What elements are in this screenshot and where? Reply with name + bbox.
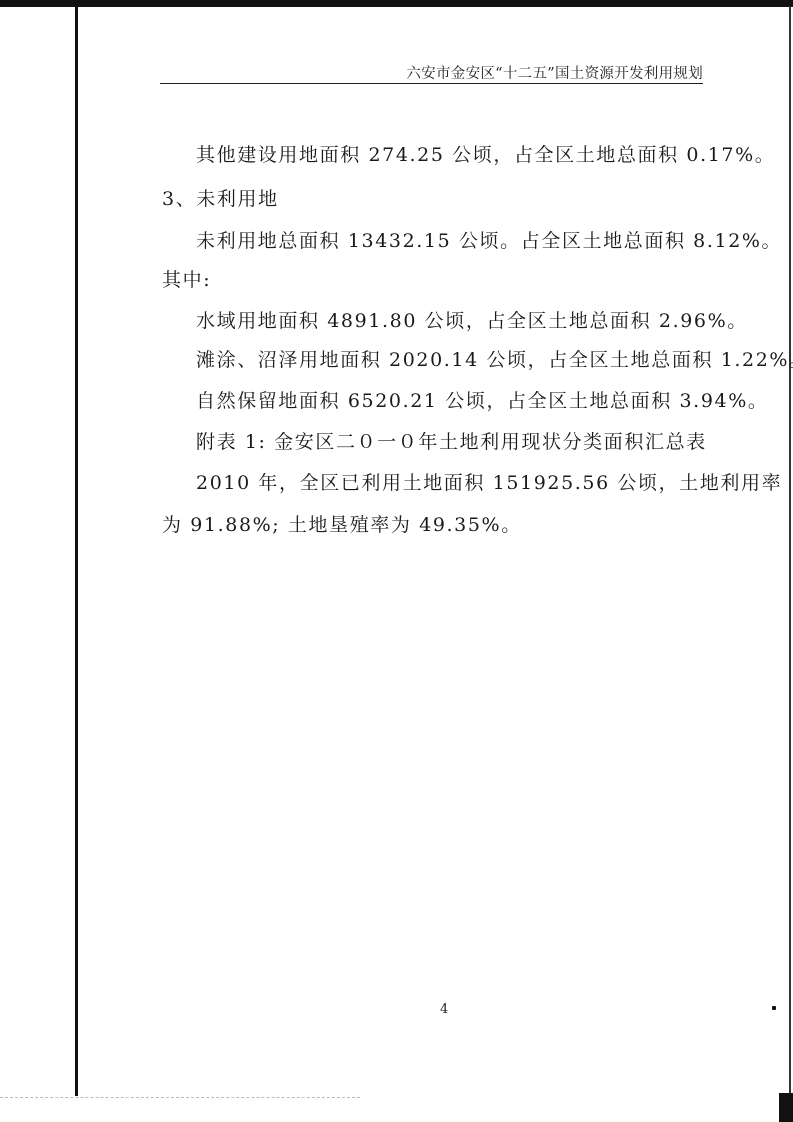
paragraph-tidal-marsh: 滩涂、沼泽用地面积 2020.14 公顷，占全区土地总面积 1.22%。 bbox=[196, 345, 793, 372]
paragraph-unused-land-total: 未利用地总面积 13432.15 公顷。占全区土地总面积 8.12%。 bbox=[196, 226, 782, 253]
scan-noise-bottom bbox=[0, 1097, 360, 1099]
paragraph-utilized-land: 2010 年，全区已利用土地面积 151925.56 公顷，土地利用率 bbox=[196, 468, 782, 495]
scan-speck bbox=[772, 1006, 776, 1010]
paragraph-water-area: 水域用地面积 4891.80 公顷，占全区土地总面积 2.96%。 bbox=[196, 306, 748, 333]
scan-corner-mark bbox=[779, 1093, 793, 1122]
appendix-table-reference: 附表 1: 金安区二０一０年土地利用现状分类面积汇总表 bbox=[196, 427, 707, 454]
header-rule bbox=[160, 83, 703, 84]
paragraph-natural-reserve: 自然保留地面积 6520.21 公顷，占全区土地总面积 3.94%。 bbox=[196, 386, 768, 413]
page-number: 4 bbox=[440, 1002, 448, 1017]
paragraph-other-construction-land: 其他建设用地面积 274.25 公顷，占全区土地总面积 0.17%。 bbox=[196, 140, 775, 167]
scan-binding-line bbox=[75, 6, 78, 1096]
label-among-them: 其中: bbox=[162, 265, 211, 292]
scan-border-right bbox=[789, 6, 791, 1096]
paragraph-utilization-rate: 为 91.88%; 土地垦殖率为 49.35%。 bbox=[162, 510, 522, 537]
section-heading-unused-land: 3、未利用地 bbox=[162, 184, 279, 211]
scan-border-top bbox=[0, 0, 793, 7]
